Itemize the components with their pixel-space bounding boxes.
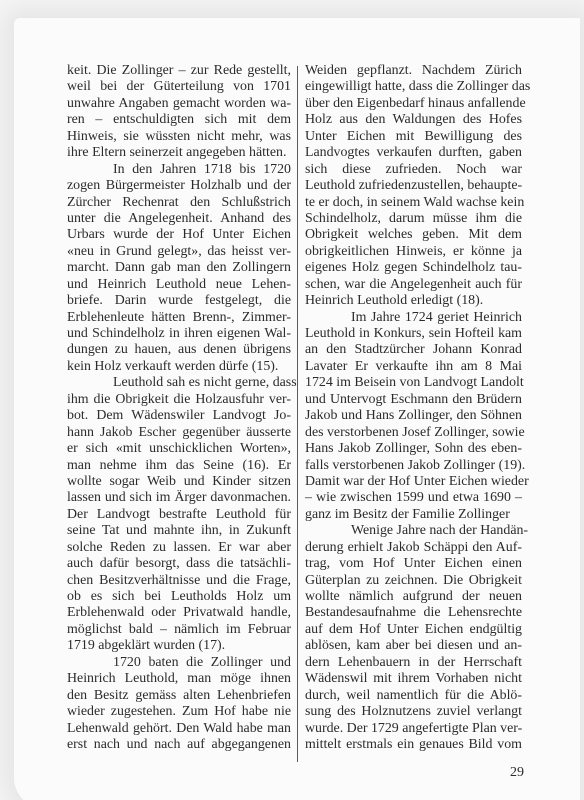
text-line: Der Landvogt bestrafte Leuthold für [67, 507, 291, 523]
text-line: sung des Holznutzens zuviel verlangt [305, 704, 522, 720]
text-line: weil bei der Güterteilung von 1701 [67, 79, 291, 95]
left-text-column: keit. Die Zollinger – zur Rede gestellt,… [67, 63, 291, 753]
text-line: Wenige Jahre nach der Handän- [305, 523, 522, 539]
text-line: zogen Bürgermeister Holzhalb und der [67, 178, 291, 194]
text-line: Wädenswil mit ihrem Vorhaben nicht [305, 671, 522, 687]
text-line: Lehenwald gehört. Den Wald habe man [67, 721, 291, 737]
text-line: ihm die Obrigkeit die Holzausfuhr ver- [67, 392, 291, 408]
text-line: erst nach und nach auf abgegangenen [67, 737, 291, 753]
text-line: chen Besitzverhältnisse und die Frage, [67, 573, 291, 589]
text-line: Heinrich Leuthold erledigt (18). [305, 293, 522, 309]
text-line: kein Holz verkauft werden dürfe (15). [67, 359, 291, 375]
text-line: und Schindelholz in ihren eigenen Wal- [67, 326, 291, 342]
text-line: Obrigkeit welches geben. Mit dem [305, 227, 522, 243]
text-line: Unter Eichen mit Bewilligung des [305, 129, 522, 145]
text-line: bot. Dem Wädenswiler Landvogt Jo- [67, 408, 291, 424]
column-divider [297, 66, 298, 762]
text-line: ganz im Besitz der Familie Zollinger [305, 507, 522, 523]
text-line: 1719 abgeklärt wurden (17). [67, 638, 291, 654]
text-line: Urbars wurde der Hof Unter Eichen [67, 227, 291, 243]
text-line: solche Reden zu lassen. Er war aber [67, 540, 291, 556]
text-line: wollte nämlich aufgrund der neuen [305, 589, 522, 605]
text-line: derung erhielt Jakob Schäppi den Auf- [305, 540, 522, 556]
text-line: 1720 baten die Zollinger und [67, 655, 291, 671]
right-text-column: Weiden gepflanzt. Nachdem Züricheingewil… [305, 63, 522, 753]
text-line: sich diese zufrieden. Noch war [305, 162, 522, 178]
text-line: wurde. Der 1729 angefertigte Plan ver- [305, 721, 522, 737]
text-line: über den Eigenbedarf hinaus anfallende [305, 96, 522, 112]
text-line: auf dem Hof Unter Eichen endgültig [305, 622, 522, 638]
text-line: trag, vom Hof Unter Eichen einen [305, 556, 522, 572]
text-line: Güterplan zu zeichnen. Die Obrigkeit [305, 573, 522, 589]
text-line: – wie zwischen 1599 und etwa 1690 – [305, 490, 522, 506]
text-line: marcht. Dann gab man den Zollingern [67, 260, 291, 276]
text-line: Im Jahre 1724 geriet Heinrich [305, 310, 522, 326]
text-line: In den Jahren 1718 bis 1720 [67, 162, 291, 178]
text-line: er sich «mit unschicklichen Worten», [67, 441, 291, 457]
text-line: mittelt erstmals ein genaues Bild vom [305, 737, 522, 753]
text-line: seine Tat und mahnte ihn, in Zukunft [67, 523, 291, 539]
text-line: Zürcher Rechenrat den Schlußstrich [67, 195, 291, 211]
text-line: ihre Eltern seinerzeit angegeben hätten. [67, 145, 291, 161]
text-line: dern Lehenbauern in der Herrschaft [305, 655, 522, 671]
text-line: eingewilligt hatte, dass die Zollinger d… [305, 79, 522, 95]
text-line: wieder zugestehen. Zum Hof habe nie [67, 704, 291, 720]
text-line: Leuthold sah es nicht gerne, dass [67, 375, 291, 391]
text-line: unwahre Angaben gemacht worden wa- [67, 96, 291, 112]
text-line: obrigkeitlichen Hinweis, er könne ja [305, 244, 522, 260]
text-line: Lavater Er verkaufte ihn am 8 Mai [305, 359, 522, 375]
text-line: Bestandesaufnahme die Lehensrechte [305, 605, 522, 621]
text-line: lassen und sich im Ärger davonmachen. [67, 490, 291, 506]
text-line: briefe. Darin wurde festgelegt, die [67, 293, 291, 309]
text-line: eigenes Holz gegen Schindelholz tau- [305, 260, 522, 276]
text-line: an den Stadtzürcher Johann Konrad [305, 342, 522, 358]
text-line: dungen zu hauen, aus denen übrigens [67, 342, 291, 358]
text-line: schen, war die Angelegenheit auch für [305, 277, 522, 293]
text-line: Holz aus den Waldungen des Hofes [305, 112, 522, 128]
page-number: 29 [510, 765, 524, 781]
text-line: den Besitz gemäss alten Lehenbriefen [67, 688, 291, 704]
text-line: Jakob und Hans Zollinger, den Söhnen [305, 408, 522, 424]
text-line: man nehme ihm das Seine (16). Er [67, 458, 291, 474]
text-line: Leuthold zufriedenzustellen, behaupte- [305, 178, 522, 194]
text-line: Landvogtes verkaufen durften, gaben [305, 145, 522, 161]
text-line: durch, weil namentlich für die Ablö- [305, 688, 522, 704]
text-line: des verstorbenen Josef Zollinger, sowie [305, 425, 522, 441]
text-line: möglichst bald – nämlich im Februar [67, 622, 291, 638]
text-line: Heinrich Leuthold, man möge ihnen [67, 671, 291, 687]
text-line: Hans Jakob Zollinger, Sohn des eben- [305, 441, 522, 457]
text-line: Hinweis, sie wüssten nicht mehr, was [67, 129, 291, 145]
text-line: unter die Angelegenheit. Anhand des [67, 211, 291, 227]
text-line: Erblehenleute hätten Brenn-, Zimmer- [67, 310, 291, 326]
text-line: ablösen, kam aber bei diesen und an- [305, 638, 522, 654]
text-line: Weiden gepflanzt. Nachdem Zürich [305, 63, 522, 79]
text-line: falls verstorbenen Jakob Zollinger (19). [305, 458, 522, 474]
text-line: keit. Die Zollinger – zur Rede gestellt, [67, 63, 291, 79]
text-line: 1724 im Beisein von Landvogt Landolt [305, 375, 522, 391]
text-line: und Heinrich Leuthold neue Lehen- [67, 277, 291, 293]
text-line: ren – entschuldigten sich mit dem [67, 112, 291, 128]
text-line: Damit war der Hof Unter Eichen wieder [305, 474, 522, 490]
text-line: Leuthold in Konkurs, sein Hofteil kam [305, 326, 522, 342]
text-line: wollte sogar Weib und Kinder sitzen [67, 474, 291, 490]
text-line: Schindelholz, darum müsse ihm die [305, 211, 522, 227]
text-line: ob es sich bei Leutholds Holz um [67, 589, 291, 605]
text-line: Erblehenwald oder Privatwald handle, [67, 605, 291, 621]
text-line: te er doch, in seinem Wald wachse kein [305, 195, 522, 211]
text-line: hann Jakob Escher gegenüber äusserte [67, 425, 291, 441]
text-line: und Untervogt Eschmann den Brüdern [305, 392, 522, 408]
text-line: auch dafür besorgt, dass die tatsächli- [67, 556, 291, 572]
text-line: «neu in Grund gelegt», das heisst ver- [67, 244, 291, 260]
